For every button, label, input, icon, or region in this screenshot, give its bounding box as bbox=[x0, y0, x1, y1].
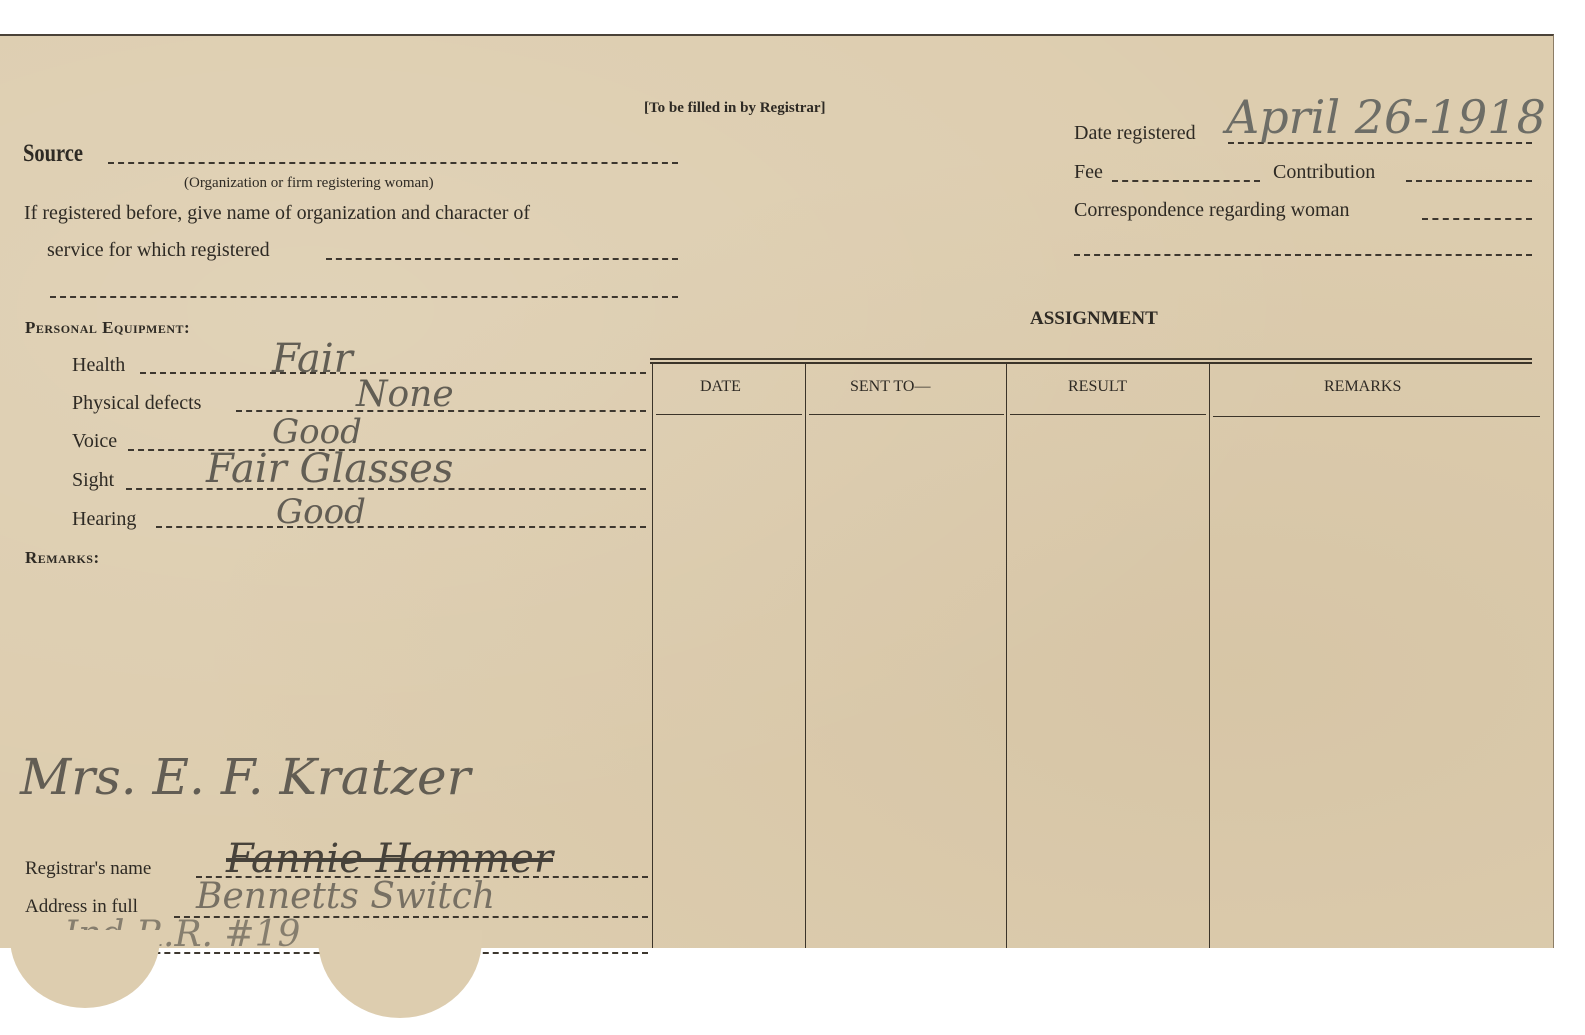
column-header-sent-to: SENT TO— bbox=[850, 378, 930, 396]
service-field-line2[interactable] bbox=[50, 296, 678, 298]
table-cell-result[interactable] bbox=[1008, 418, 1208, 946]
column-header-result: RESULT bbox=[1068, 378, 1127, 396]
column-header-date: DATE bbox=[700, 378, 741, 396]
source-label: Source bbox=[23, 140, 83, 168]
health-value: Fair bbox=[272, 336, 353, 382]
assignment-title: ASSIGNMENT bbox=[1030, 308, 1158, 330]
registration-card: [To be filled in by Registrar] Source (O… bbox=[0, 34, 1554, 948]
card-tab-left bbox=[10, 930, 160, 1008]
hearing-field[interactable] bbox=[156, 526, 646, 528]
source-field[interactable] bbox=[108, 162, 678, 164]
date-registered-label: Date registered bbox=[1074, 122, 1196, 145]
sight-value: Fair Glasses bbox=[206, 446, 453, 492]
correspondence-label: Correspondence regarding woman bbox=[1074, 199, 1349, 222]
header-rule-sent-to bbox=[809, 414, 1004, 415]
personal-equipment-label: Personal Equipment: bbox=[25, 318, 190, 338]
hearing-label: Hearing bbox=[72, 508, 136, 531]
registrar-name-label: Registrar's name bbox=[25, 858, 151, 880]
table-divider-1 bbox=[805, 364, 806, 948]
fee-field[interactable] bbox=[1112, 180, 1260, 182]
remarks-label: Remarks: bbox=[25, 548, 100, 568]
table-cell-remarks[interactable] bbox=[1211, 418, 1541, 946]
table-cell-date[interactable] bbox=[654, 418, 804, 946]
date-registered-value: April 26-1918 bbox=[1226, 90, 1546, 144]
address-value-line1: Bennetts Switch bbox=[196, 876, 495, 917]
contribution-field[interactable] bbox=[1406, 180, 1532, 182]
card-tab-middle bbox=[318, 930, 482, 1018]
header-rule-remarks bbox=[1213, 416, 1540, 417]
table-divider-2 bbox=[1006, 364, 1007, 948]
header-rule-result bbox=[1010, 414, 1206, 415]
fee-label: Fee bbox=[1074, 161, 1103, 184]
correspondence-field-line2[interactable] bbox=[1074, 254, 1532, 256]
registrar-note: [To be filled in by Registrar] bbox=[644, 100, 826, 117]
sight-label: Sight bbox=[72, 469, 114, 492]
table-top-rule bbox=[650, 358, 1532, 360]
contribution-label: Contribution bbox=[1273, 161, 1375, 184]
table-top-rule-inner bbox=[650, 362, 1532, 364]
table-border-left bbox=[652, 364, 653, 948]
voice-label: Voice bbox=[72, 430, 117, 453]
woman-name: Mrs. E. F. Kratzer bbox=[20, 748, 471, 806]
physical-defects-value: None bbox=[356, 374, 454, 415]
table-cell-sent-to[interactable] bbox=[807, 418, 1005, 946]
hearing-value: Good bbox=[276, 492, 366, 532]
correspondence-field[interactable] bbox=[1422, 218, 1532, 220]
physical-defects-label: Physical defects bbox=[72, 392, 201, 415]
table-divider-3 bbox=[1209, 364, 1210, 948]
header-rule-date bbox=[656, 414, 802, 415]
source-caption: (Organization or firm registering woman) bbox=[184, 175, 434, 192]
service-label: service for which registered bbox=[47, 239, 270, 262]
registered-before-label: If registered before, give name of organ… bbox=[24, 202, 530, 225]
column-header-remarks: REMARKS bbox=[1324, 378, 1401, 396]
service-field[interactable] bbox=[326, 258, 678, 260]
health-label: Health bbox=[72, 354, 125, 377]
